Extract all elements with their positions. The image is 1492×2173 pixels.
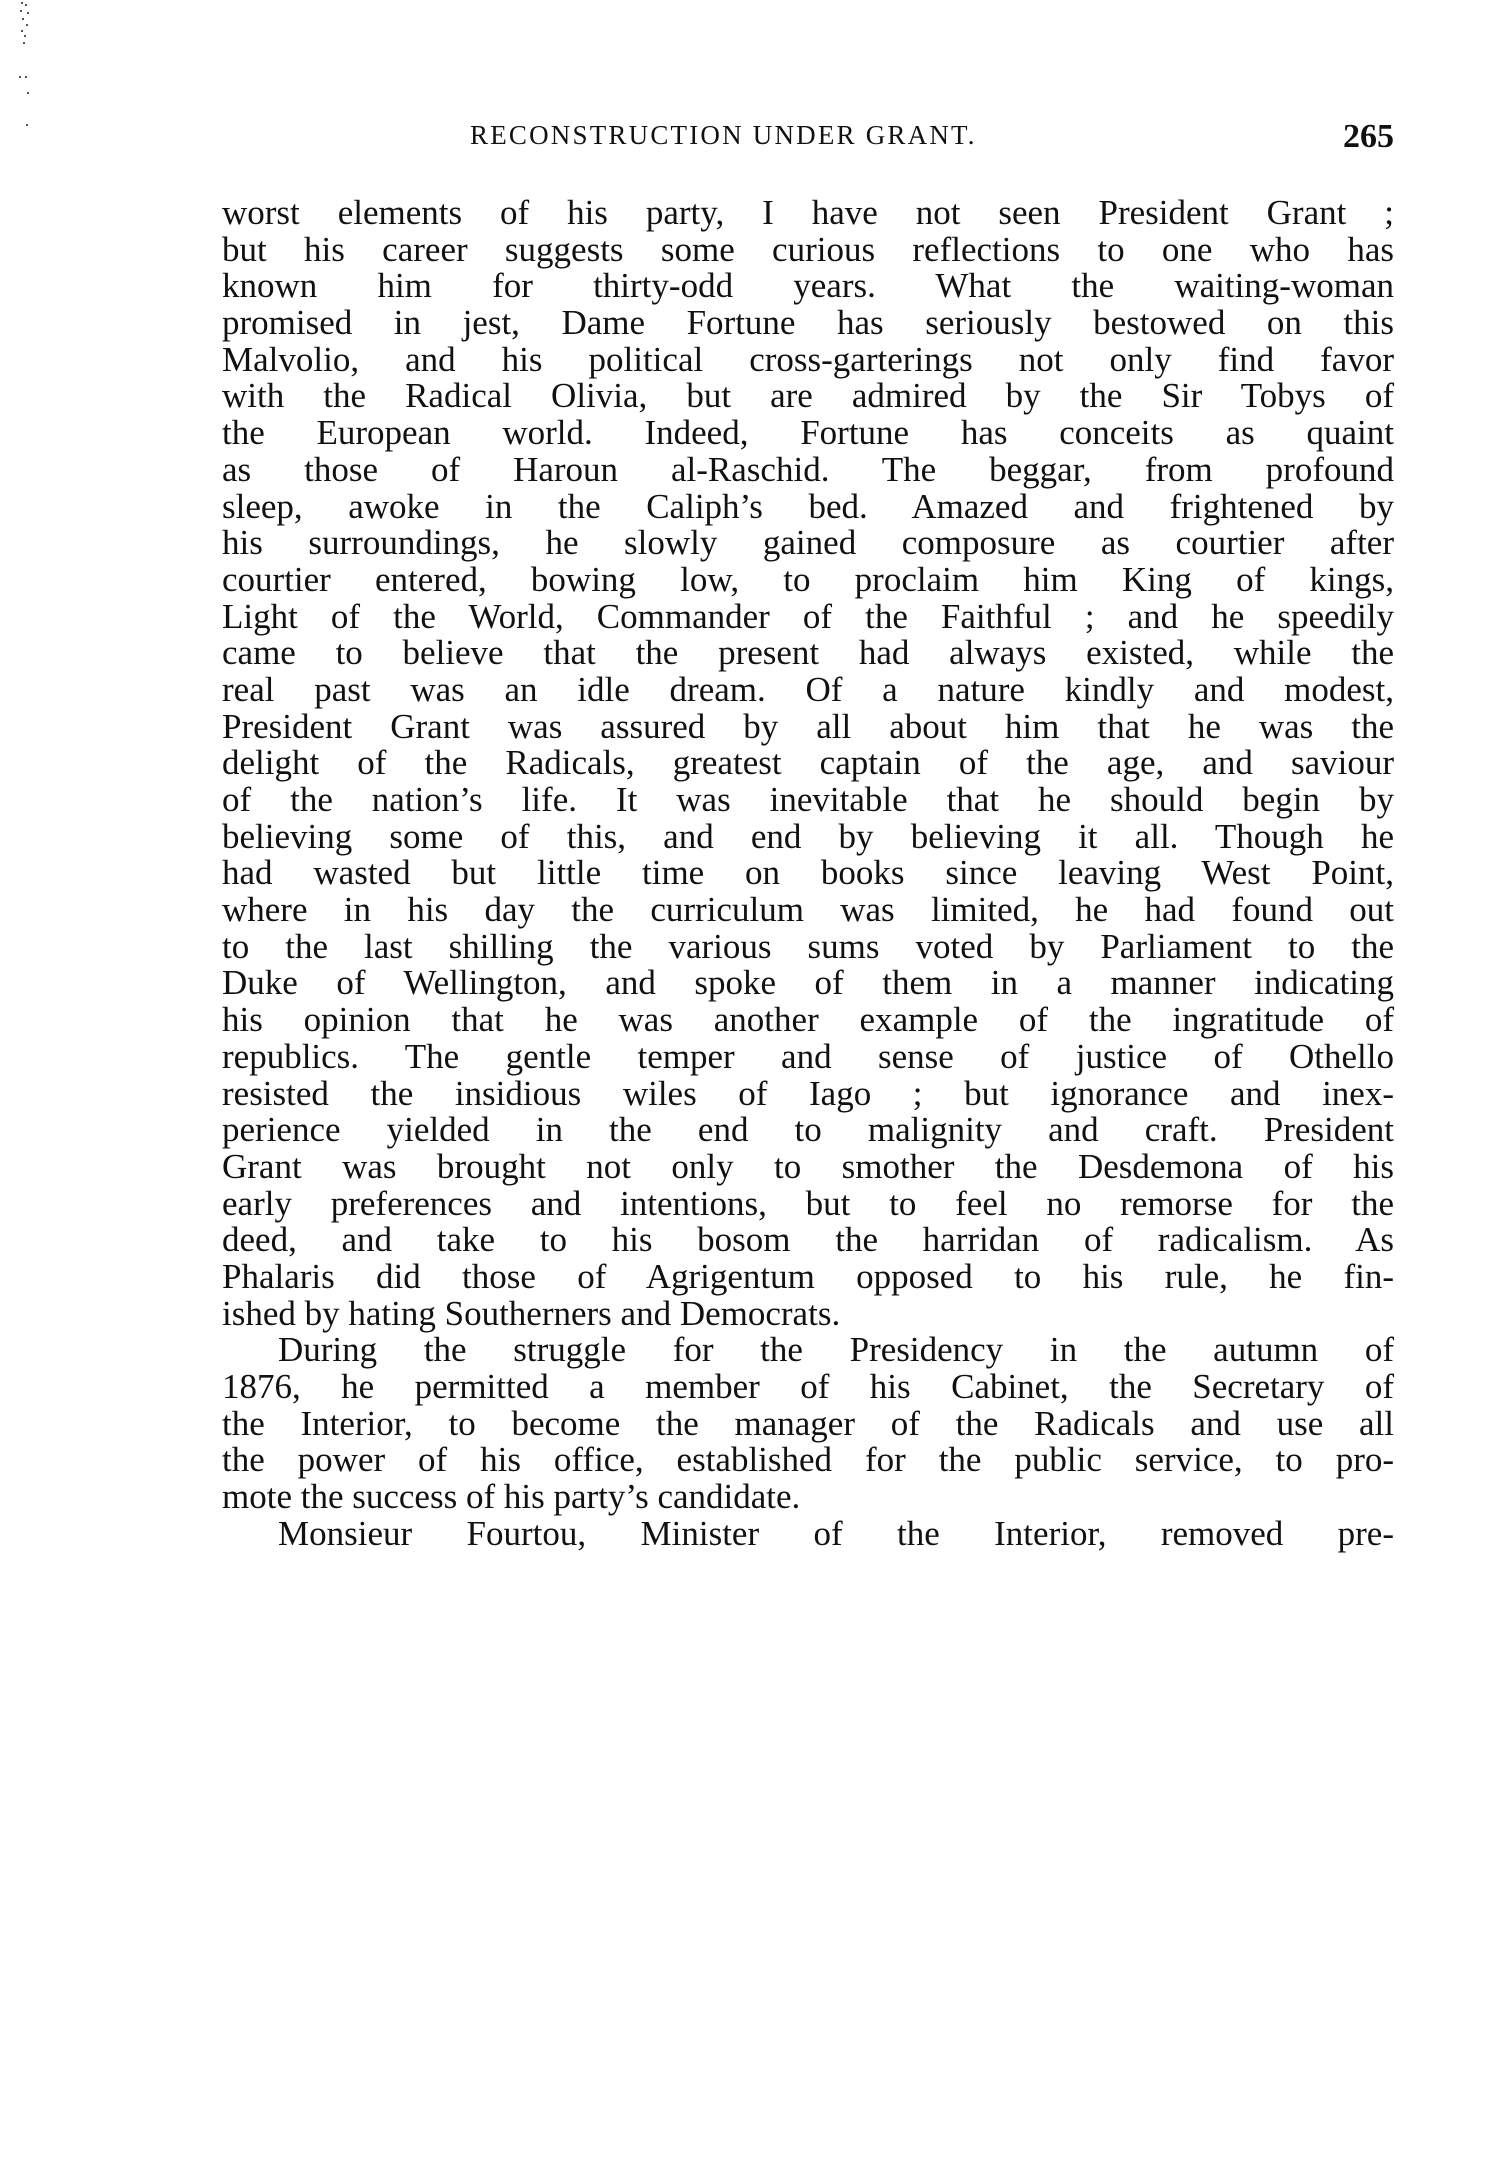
text-line: resisted the insidious wiles of Iago ; b… (222, 1076, 1394, 1113)
scan-noise-artifact (18, 0, 32, 130)
text-line: promised in jest, Dame Fortune has serio… (222, 305, 1394, 342)
text-line: sleep, awoke in the Caliph’s bed. Amazed… (222, 489, 1394, 526)
text-line: republics. The gentle temper and sense o… (222, 1039, 1394, 1076)
text-line: where in his day the curriculum was limi… (222, 892, 1394, 929)
text-line: with the Radical Olivia, but are admired… (222, 378, 1394, 415)
text-line: his opinion that he was another example … (222, 1002, 1394, 1039)
text-line: perience yielded in the end to malignity… (222, 1112, 1394, 1149)
text-line: Phalaris did those of Agrigentum opposed… (222, 1259, 1394, 1296)
text-line: real past was an idle dream. Of a nature… (222, 672, 1394, 709)
paragraph-1: worst elements of his party, I have not … (222, 195, 1394, 1332)
page-number: 265 (1343, 118, 1394, 156)
text-line: courtier entered, bowing low, to proclai… (222, 562, 1394, 599)
paragraph-2: During the struggle for the Presidency i… (222, 1332, 1394, 1515)
text-line: believing some of this, and end by belie… (222, 819, 1394, 856)
text-line: worst elements of his party, I have not … (222, 195, 1394, 232)
text-line: Monsieur Fourtou, Minister of the Interi… (222, 1516, 1394, 1553)
text-line: ished by hating Southerners and Democrat… (222, 1296, 1394, 1333)
text-line: early preferences and intentions, but to… (222, 1186, 1394, 1223)
text-line: but his career suggests some curious ref… (222, 232, 1394, 269)
text-line: the European world. Indeed, Fortune has … (222, 415, 1394, 452)
text-line: the power of his office, established for… (222, 1442, 1394, 1479)
paragraph-3: Monsieur Fourtou, Minister of the Interi… (222, 1516, 1394, 1553)
text-line: came to believe that the present had alw… (222, 635, 1394, 672)
text-line: Duke of Wellington, and spoke of them in… (222, 965, 1394, 1002)
text-line: President Grant was assured by all about… (222, 709, 1394, 746)
text-line: delight of the Radicals, greatest captai… (222, 745, 1394, 782)
text-line: deed, and take to his bosom the harridan… (222, 1222, 1394, 1259)
text-line: Malvolio, and his political cross-garter… (222, 342, 1394, 379)
text-line: Grant was brought not only to smother th… (222, 1149, 1394, 1186)
text-line: known him for thirty-odd years. What the… (222, 268, 1394, 305)
body-text: worst elements of his party, I have not … (222, 195, 1394, 1552)
text-line: During the struggle for the Presidency i… (222, 1332, 1394, 1369)
text-line: 1876, he permitted a member of his Cabin… (222, 1369, 1394, 1406)
text-line: mote the success of his party’s candidat… (222, 1479, 1394, 1516)
running-head: RECONSTRUCTION UNDER GRANT. 265 (222, 118, 1394, 158)
text-line: Light of the World, Commander of the Fai… (222, 599, 1394, 636)
text-line: his surroundings, he slowly gained compo… (222, 525, 1394, 562)
running-head-title: RECONSTRUCTION UNDER GRANT. (470, 120, 977, 151)
text-line: as those of Haroun al-Raschid. The begga… (222, 452, 1394, 489)
text-line: the Interior, to become the manager of t… (222, 1406, 1394, 1443)
text-line: of the nation’s life. It was inevitable … (222, 782, 1394, 819)
text-line: to the last shilling the various sums vo… (222, 929, 1394, 966)
text-line: had wasted but little time on books sinc… (222, 855, 1394, 892)
